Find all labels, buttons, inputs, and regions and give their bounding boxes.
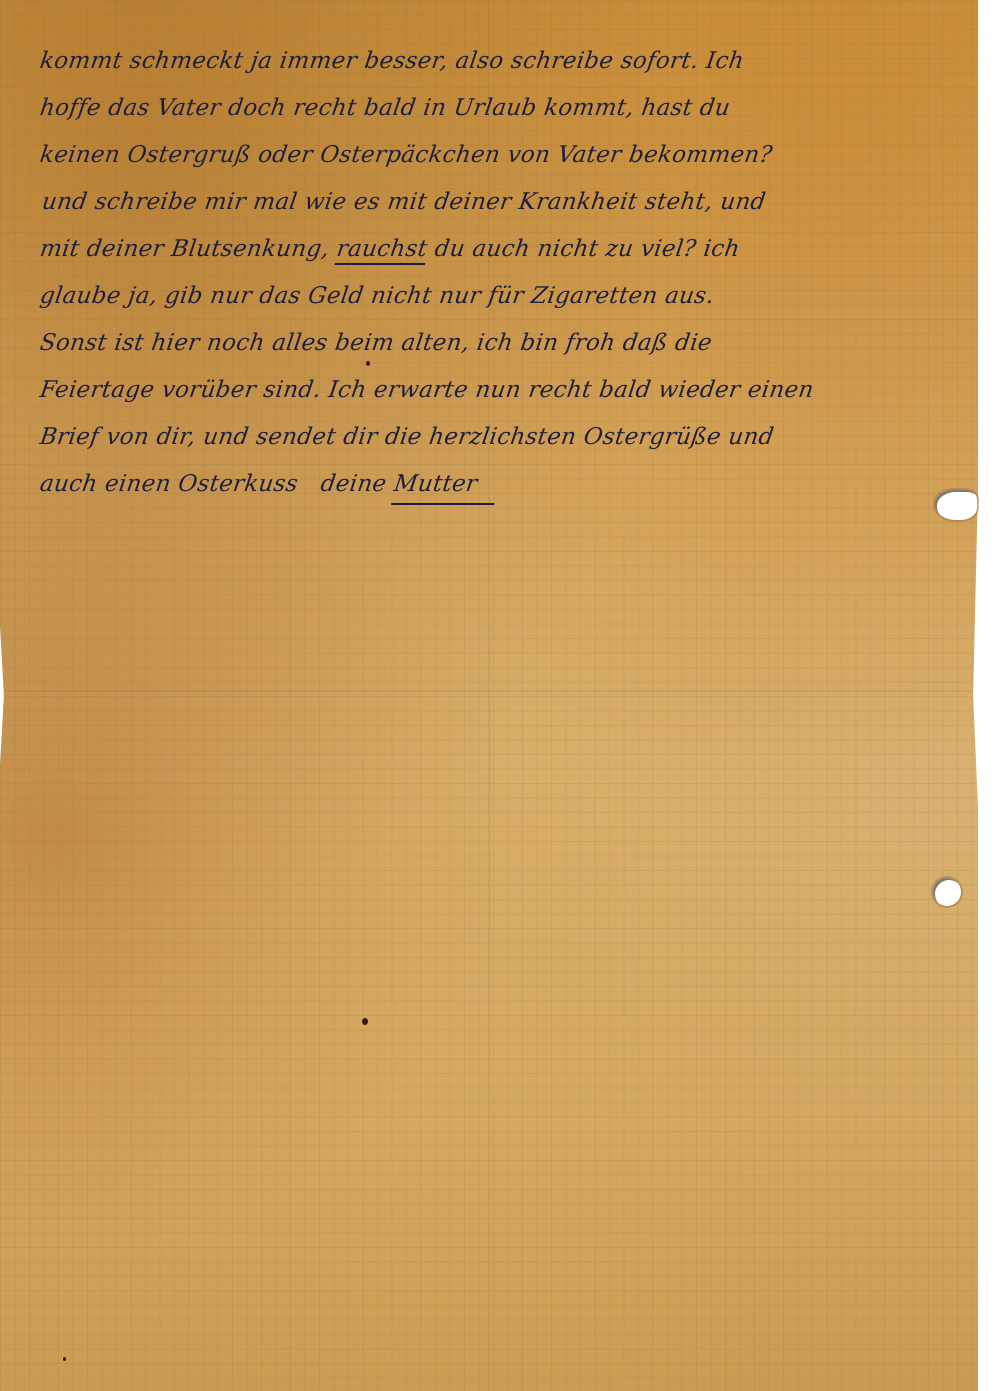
letter-line: glaube ja, gib nur das Geld nicht nur fü… bbox=[37, 273, 944, 320]
line-text: mit deiner Blutsenkung, bbox=[38, 236, 338, 262]
underlined-word: rauchst bbox=[335, 236, 429, 262]
letter-line: Brief von dir, und sendet dir die herzli… bbox=[37, 414, 944, 461]
punch-hole-torn bbox=[935, 490, 977, 520]
punch-hole bbox=[933, 878, 961, 906]
signature: Mutter bbox=[391, 467, 500, 505]
letter-line: kommt schmeckt ja immer besser, also sch… bbox=[37, 38, 944, 85]
ink-spot bbox=[362, 1018, 368, 1025]
letter-line: mit deiner Blutsenkung, rauchst du auch … bbox=[37, 226, 944, 273]
letter-line: Feiertage vorüber sind. Ich erwarte nun … bbox=[37, 367, 944, 414]
letter-line: hoffe das Vater doch recht bald in Urlau… bbox=[37, 85, 944, 132]
letter-line: Sonst ist hier noch alles beim alten, ic… bbox=[37, 320, 944, 367]
letter-line-closing: auch einen Osterkuss deine Mutter bbox=[37, 461, 944, 508]
letter-page: kommt schmeckt ja immer besser, also sch… bbox=[0, 0, 978, 1391]
horizontal-fold-crease bbox=[0, 690, 978, 693]
line-text: auch einen Osterkuss bbox=[38, 471, 300, 497]
letter-text: kommt schmeckt ja immer besser, also sch… bbox=[40, 38, 940, 508]
letter-line: und schreibe mir mal wie es mit deiner K… bbox=[37, 179, 944, 226]
line-text: du auch nicht zu viel? ich bbox=[425, 236, 741, 262]
letter-line: keinen Ostergruß oder Osterpäckchen von … bbox=[37, 132, 944, 179]
closing-word: deine bbox=[319, 471, 388, 497]
ink-spot bbox=[63, 1357, 66, 1361]
